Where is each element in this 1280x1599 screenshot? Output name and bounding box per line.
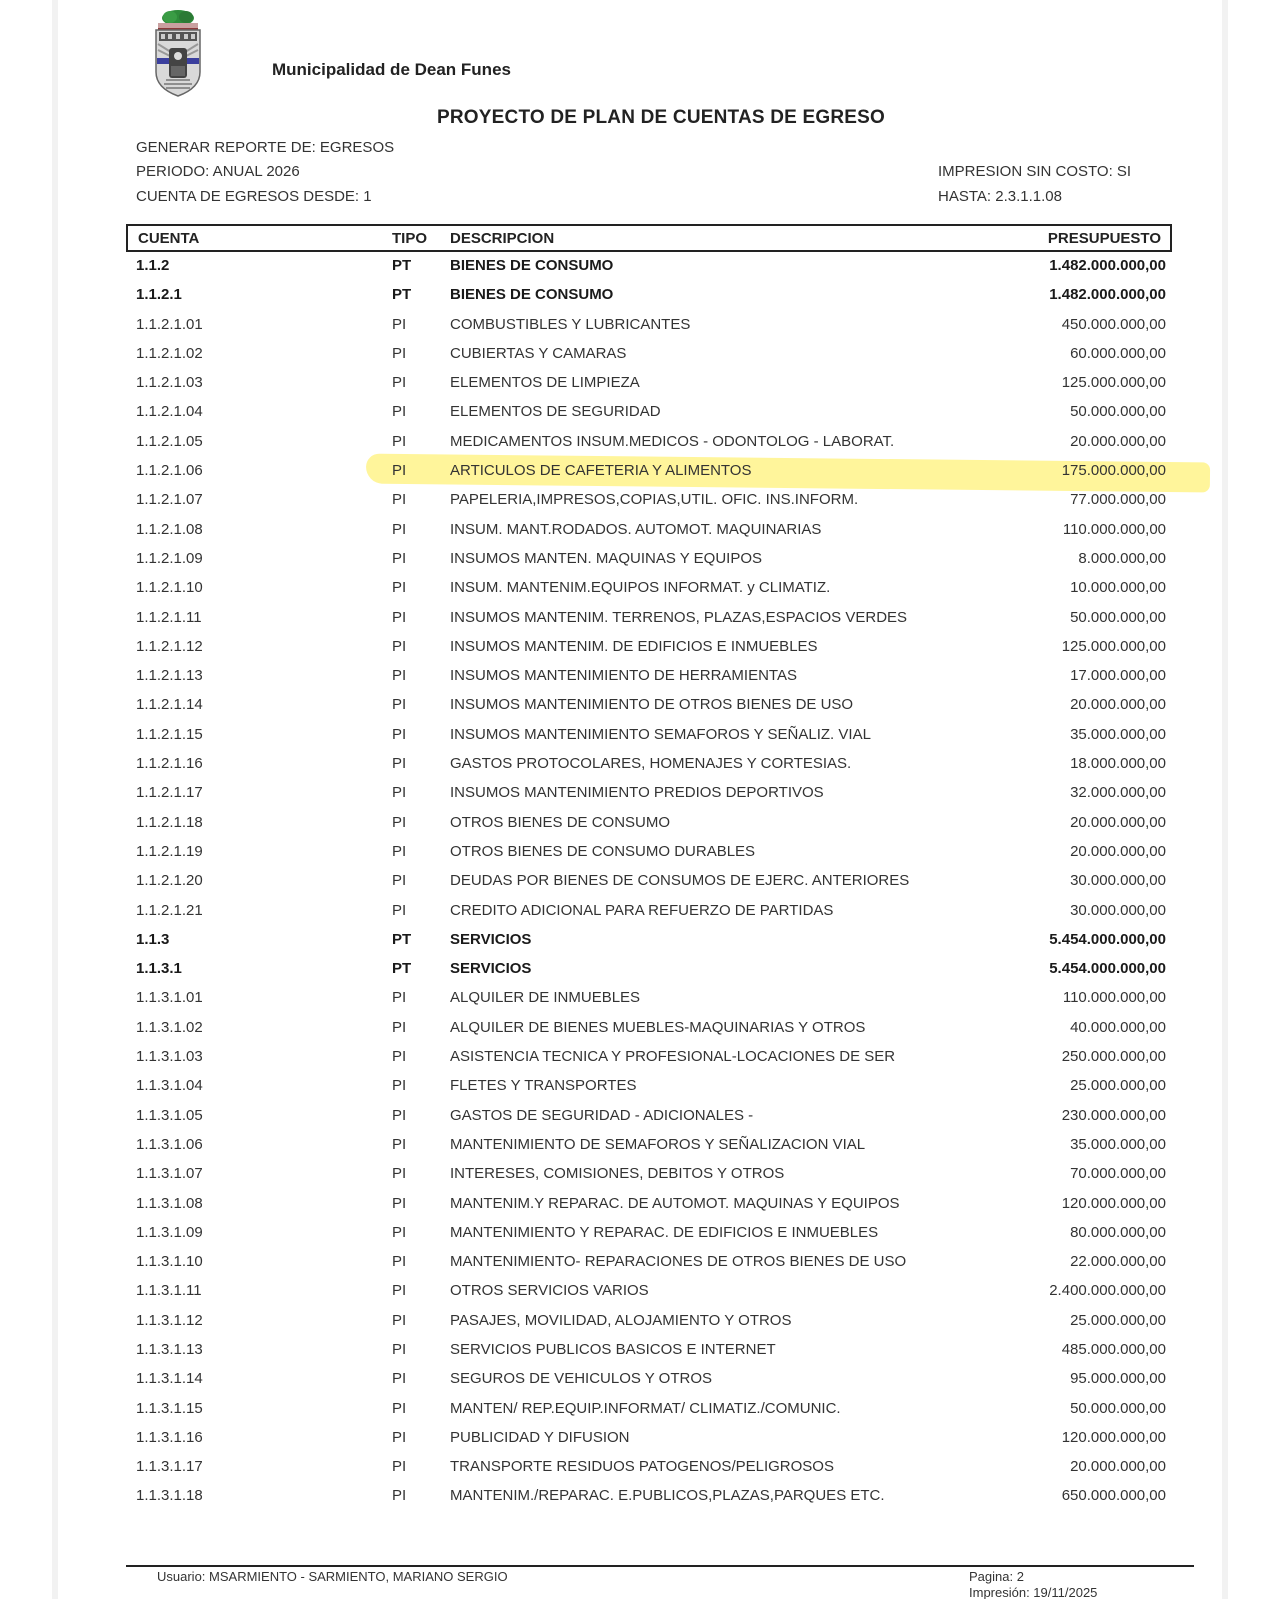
table-header: CUENTA TIPO DESCRIPCION PRESUPUESTO: [126, 224, 1172, 252]
table-row: 1.1.3.1.02PIALQUILER DE BIENES MUEBLES-M…: [136, 1014, 1166, 1043]
cell-descripcion: CUBIERTAS Y CAMARAS: [450, 345, 626, 362]
cell-descripcion: MANTENIMIENTO Y REPARAC. DE EDIFICIOS E …: [450, 1224, 878, 1241]
footer-page-number: Pagina: 2: [969, 1569, 1024, 1584]
cell-tipo: PI: [392, 1224, 406, 1241]
cell-cuenta: 1.1.3.1.03: [136, 1048, 203, 1065]
cell-descripcion: SERVICIOS: [450, 960, 531, 977]
budget-table-body: 1.1.2PTBIENES DE CONSUMO1.482.000.000,00…: [136, 252, 1166, 1512]
cell-presupuesto: 8.000.000,00: [1078, 550, 1166, 567]
cell-tipo: PI: [392, 755, 406, 772]
cell-descripcion: TRANSPORTE RESIDUOS PATOGENOS/PELIGROSOS: [450, 1458, 834, 1475]
cell-descripcion: PUBLICIDAD Y DIFUSION: [450, 1429, 630, 1446]
cell-presupuesto: 10.000.000,00: [1070, 579, 1166, 596]
cell-cuenta: 1.1.2.1.13: [136, 667, 203, 684]
cell-tipo: PI: [392, 784, 406, 801]
cell-descripcion: GASTOS PROTOCOLARES, HOMENAJES Y CORTESI…: [450, 755, 851, 772]
cell-cuenta: 1.1.2.1.10: [136, 579, 203, 596]
cell-presupuesto: 485.000.000,00: [1062, 1341, 1166, 1358]
table-row: 1.1.2.1.12PIINSUMOS MANTENIM. DE EDIFICI…: [136, 633, 1166, 662]
cell-tipo: PI: [392, 1019, 406, 1036]
cell-presupuesto: 50.000.000,00: [1070, 1400, 1166, 1417]
table-row: 1.1.3.1.06PIMANTENIMIENTO DE SEMAFOROS Y…: [136, 1131, 1166, 1160]
cell-tipo: PI: [392, 696, 406, 713]
cell-presupuesto: 125.000.000,00: [1062, 638, 1166, 655]
cell-cuenta: 1.1.2.1.06: [136, 462, 203, 479]
table-row: 1.1.2.1.17PIINSUMOS MANTENIMIENTO PREDIO…: [136, 779, 1166, 808]
cell-tipo: PI: [392, 374, 406, 391]
cell-descripcion: MEDICAMENTOS INSUM.MEDICOS - ODONTOLOG -…: [450, 433, 894, 450]
cell-cuenta: 1.1.2.1.20: [136, 872, 203, 889]
cell-cuenta: 1.1.3.1.07: [136, 1165, 203, 1182]
cell-presupuesto: 50.000.000,00: [1070, 403, 1166, 420]
cell-descripcion: INSUMOS MANTENIMIENTO SEMAFOROS Y SEÑALI…: [450, 726, 871, 743]
cell-cuenta: 1.1.2.1.17: [136, 784, 203, 801]
cell-cuenta: 1.1.3.1.14: [136, 1370, 203, 1387]
cell-cuenta: 1.1.2.1.21: [136, 902, 203, 919]
table-row: 1.1.3.1.09PIMANTENIMIENTO Y REPARAC. DE …: [136, 1219, 1166, 1248]
organization-name: Municipalidad de Dean Funes: [272, 60, 511, 80]
cell-descripcion: INSUMOS MANTENIMIENTO PREDIOS DEPORTIVOS: [450, 784, 824, 801]
cell-presupuesto: 35.000.000,00: [1070, 1136, 1166, 1153]
cell-tipo: PI: [392, 667, 406, 684]
cell-descripcion: ELEMENTOS DE LIMPIEZA: [450, 374, 640, 391]
table-row: 1.1.3.1.15PIMANTEN/ REP.EQUIP.INFORMAT/ …: [136, 1395, 1166, 1424]
cell-cuenta: 1.1.3.1.11: [136, 1282, 202, 1299]
cell-presupuesto: 70.000.000,00: [1070, 1165, 1166, 1182]
cell-presupuesto: 120.000.000,00: [1062, 1429, 1166, 1446]
cell-presupuesto: 110.000.000,00: [1063, 989, 1166, 1006]
cell-cuenta: 1.1.3.1.09: [136, 1224, 203, 1241]
cell-cuenta: 1.1.3.1.16: [136, 1429, 203, 1446]
table-row: 1.1.2.1.04PIELEMENTOS DE SEGURIDAD50.000…: [136, 398, 1166, 427]
cell-tipo: PI: [392, 1253, 406, 1270]
column-header-descripcion: DESCRIPCION: [450, 230, 554, 247]
cell-presupuesto: 25.000.000,00: [1070, 1312, 1166, 1329]
cell-cuenta: 1.1.2.1.08: [136, 521, 203, 538]
table-row: 1.1.2.1.19PIOTROS BIENES DE CONSUMO DURA…: [136, 838, 1166, 867]
cell-cuenta: 1.1.2.1.05: [136, 433, 203, 450]
table-row: 1.1.3.1.16PIPUBLICIDAD Y DIFUSION120.000…: [136, 1424, 1166, 1453]
print-no-cost: IMPRESION SIN COSTO: SI: [938, 163, 1131, 180]
cell-tipo: PI: [392, 1487, 406, 1504]
cell-descripcion: MANTENIMIENTO DE SEMAFOROS Y SEÑALIZACIO…: [450, 1136, 865, 1153]
cell-descripcion: INSUMOS MANTENIMIENTO DE OTROS BIENES DE…: [450, 696, 853, 713]
cell-cuenta: 1.1.3.1: [136, 960, 182, 977]
cell-cuenta: 1.1.3.1.13: [136, 1341, 203, 1358]
cell-cuenta: 1.1.2.1.07: [136, 491, 203, 508]
cell-descripcion: PASAJES, MOVILIDAD, ALOJAMIENTO Y OTROS: [450, 1312, 791, 1329]
cell-presupuesto: 20.000.000,00: [1070, 843, 1166, 860]
cell-presupuesto: 40.000.000,00: [1070, 1019, 1166, 1036]
cell-presupuesto: 650.000.000,00: [1062, 1487, 1166, 1504]
table-row: 1.1.2.1.03PIELEMENTOS DE LIMPIEZA125.000…: [136, 369, 1166, 398]
column-header-tipo: TIPO: [392, 230, 427, 247]
cell-descripcion: MANTENIM./REPARAC. E.PUBLICOS,PLAZAS,PAR…: [450, 1487, 885, 1504]
cell-descripcion: GASTOS DE SEGURIDAD - ADICIONALES -: [450, 1107, 753, 1124]
cell-tipo: PI: [392, 1400, 406, 1417]
table-row: 1.1.3.1.08PIMANTENIM.Y REPARAC. DE AUTOM…: [136, 1190, 1166, 1219]
cell-tipo: PI: [392, 1370, 406, 1387]
cell-cuenta: 1.1.2.1.03: [136, 374, 203, 391]
cell-tipo: PT: [392, 257, 411, 274]
cell-cuenta: 1.1.3.1.17: [136, 1458, 203, 1475]
table-row: 1.1.2.1.10PIINSUM. MANTENIM.EQUIPOS INFO…: [136, 574, 1166, 603]
table-row: 1.1.3.1.18PIMANTENIM./REPARAC. E.PUBLICO…: [136, 1482, 1166, 1511]
cell-tipo: PT: [392, 931, 411, 948]
cell-tipo: PI: [392, 316, 406, 333]
cell-tipo: PI: [392, 1077, 406, 1094]
table-row: 1.1.2.1.11PIINSUMOS MANTENIM. TERRENOS, …: [136, 604, 1166, 633]
cell-tipo: PI: [392, 345, 406, 362]
cell-cuenta: 1.1.2.1.04: [136, 403, 203, 420]
cell-presupuesto: 250.000.000,00: [1062, 1048, 1166, 1065]
table-row: 1.1.2.1.09PIINSUMOS MANTEN. MAQUINAS Y E…: [136, 545, 1166, 574]
report-type: GENERAR REPORTE DE: EGRESOS: [136, 139, 394, 156]
cell-presupuesto: 230.000.000,00: [1062, 1107, 1166, 1124]
table-row: 1.1.2.1.01PICOMBUSTIBLES Y LUBRICANTES45…: [136, 311, 1166, 340]
column-header-cuenta: CUENTA: [138, 230, 199, 247]
cell-cuenta: 1.1.3: [136, 931, 169, 948]
cell-cuenta: 1.1.3.1.18: [136, 1487, 203, 1504]
cell-cuenta: 1.1.2.1.09: [136, 550, 203, 567]
table-row: 1.1.3.1.04PIFLETES Y TRANSPORTES25.000.0…: [136, 1072, 1166, 1101]
cell-descripcion: MANTENIMIENTO- REPARACIONES DE OTROS BIE…: [450, 1253, 906, 1270]
cell-cuenta: 1.1.3.1.15: [136, 1400, 203, 1417]
cell-tipo: PI: [392, 403, 406, 420]
cell-presupuesto: 5.454.000.000,00: [1049, 931, 1166, 948]
cell-descripcion: ALQUILER DE INMUEBLES: [450, 989, 640, 1006]
table-row: 1.1.3.1.05PIGASTOS DE SEGURIDAD - ADICIO…: [136, 1102, 1166, 1131]
cell-tipo: PI: [392, 1107, 406, 1124]
cell-cuenta: 1.1.3.1.06: [136, 1136, 203, 1153]
table-row: 1.1.2.1.18PIOTROS BIENES DE CONSUMO20.00…: [136, 809, 1166, 838]
cell-descripcion: SEGUROS DE VEHICULOS Y OTROS: [450, 1370, 712, 1387]
cell-presupuesto: 22.000.000,00: [1070, 1253, 1166, 1270]
cell-presupuesto: 25.000.000,00: [1070, 1077, 1166, 1094]
cell-tipo: PI: [392, 433, 406, 450]
cell-presupuesto: 32.000.000,00: [1070, 784, 1166, 801]
cell-presupuesto: 20.000.000,00: [1070, 814, 1166, 831]
cell-descripcion: INSUMOS MANTEN. MAQUINAS Y EQUIPOS: [450, 550, 762, 567]
cell-tipo: PT: [392, 286, 411, 303]
table-row: 1.1.3.1.01PIALQUILER DE INMUEBLES110.000…: [136, 984, 1166, 1013]
cell-descripcion: INSUM. MANTENIM.EQUIPOS INFORMAT. y CLIM…: [450, 579, 830, 596]
cell-descripcion: SERVICIOS PUBLICOS BASICOS E INTERNET: [450, 1341, 776, 1358]
cell-presupuesto: 17.000.000,00: [1070, 667, 1166, 684]
cell-presupuesto: 20.000.000,00: [1070, 696, 1166, 713]
cell-cuenta: 1.1.2.1.01: [136, 316, 203, 333]
table-row: 1.1.3.1.07PIINTERESES, COMISIONES, DEBIT…: [136, 1160, 1166, 1189]
cell-tipo: PI: [392, 726, 406, 743]
table-row: 1.1.2.1.13PIINSUMOS MANTENIMIENTO DE HER…: [136, 662, 1166, 691]
table-row: 1.1.2.1.07PIPAPELERIA,IMPRESOS,COPIAS,UT…: [136, 486, 1166, 515]
cell-presupuesto: 50.000.000,00: [1070, 609, 1166, 626]
cell-tipo: PI: [392, 1048, 406, 1065]
cell-presupuesto: 1.482.000.000,00: [1049, 286, 1166, 303]
cell-cuenta: 1.1.2.1.12: [136, 638, 203, 655]
table-row: 1.1.2.1.15PIINSUMOS MANTENIMIENTO SEMAFO…: [136, 721, 1166, 750]
cell-descripcion: FLETES Y TRANSPORTES: [450, 1077, 636, 1094]
account-range-to: HASTA: 2.3.1.1.08: [938, 188, 1062, 205]
table-row: 1.1.2PTBIENES DE CONSUMO1.482.000.000,00: [136, 252, 1166, 281]
footer-print-date: Impresión: 19/11/2025: [969, 1585, 1097, 1599]
table-row: 1.1.3.1.13PISERVICIOS PUBLICOS BASICOS E…: [136, 1336, 1166, 1365]
cell-tipo: PI: [392, 462, 406, 479]
report-period: PERIODO: ANUAL 2026: [136, 163, 300, 180]
cell-tipo: PI: [392, 843, 406, 860]
table-row: 1.1.2.1.16PIGASTOS PROTOCOLARES, HOMENAJ…: [136, 750, 1166, 779]
table-row: 1.1.2.1.05PIMEDICAMENTOS INSUM.MEDICOS -…: [136, 428, 1166, 457]
cell-tipo: PI: [392, 902, 406, 919]
cell-descripcion: MANTENIM.Y REPARAC. DE AUTOMOT. MAQUINAS…: [450, 1195, 900, 1212]
cell-descripcion: ASISTENCIA TECNICA Y PROFESIONAL-LOCACIO…: [450, 1048, 895, 1065]
cell-cuenta: 1.1.3.1.08: [136, 1195, 203, 1212]
cell-descripcion: OTROS BIENES DE CONSUMO DURABLES: [450, 843, 755, 860]
page-edge-left: [52, 0, 58, 1599]
cell-descripcion: ARTICULOS DE CAFETERIA Y ALIMENTOS: [450, 462, 751, 479]
table-row: 1.1.3.1.10PIMANTENIMIENTO- REPARACIONES …: [136, 1248, 1166, 1277]
municipal-coat-of-arms-icon: [152, 8, 204, 98]
cell-presupuesto: 60.000.000,00: [1070, 345, 1166, 362]
cell-tipo: PI: [392, 1282, 406, 1299]
table-row: 1.1.3PTSERVICIOS5.454.000.000,00: [136, 926, 1166, 955]
cell-presupuesto: 175.000.000,00: [1062, 462, 1166, 479]
cell-presupuesto: 20.000.000,00: [1070, 1458, 1166, 1475]
table-row: 1.1.2.1.20PIDEUDAS POR BIENES DE CONSUMO…: [136, 867, 1166, 896]
table-row: 1.1.3.1.17PITRANSPORTE RESIDUOS PATOGENO…: [136, 1453, 1166, 1482]
page-edge-right: [1222, 0, 1228, 1599]
table-row: 1.1.3.1.14PISEGUROS DE VEHICULOS Y OTROS…: [136, 1365, 1166, 1394]
cell-tipo: PI: [392, 550, 406, 567]
cell-tipo: PI: [392, 579, 406, 596]
cell-cuenta: 1.1.2.1.15: [136, 726, 203, 743]
cell-descripcion: BIENES DE CONSUMO: [450, 257, 613, 274]
cell-cuenta: 1.1.2.1.16: [136, 755, 203, 772]
cell-presupuesto: 1.482.000.000,00: [1049, 257, 1166, 274]
cell-descripcion: INTERESES, COMISIONES, DEBITOS Y OTROS: [450, 1165, 784, 1182]
table-row: 1.1.3.1.11PIOTROS SERVICIOS VARIOS2.400.…: [136, 1277, 1166, 1306]
cell-cuenta: 1.1.3.1.12: [136, 1312, 203, 1329]
cell-tipo: PI: [392, 814, 406, 831]
cell-descripcion: ELEMENTOS DE SEGURIDAD: [450, 403, 661, 420]
cell-cuenta: 1.1.2.1.19: [136, 843, 203, 860]
table-row: 1.1.2.1.02PICUBIERTAS Y CAMARAS60.000.00…: [136, 340, 1166, 369]
cell-tipo: PI: [392, 1312, 406, 1329]
cell-presupuesto: 120.000.000,00: [1062, 1195, 1166, 1212]
cell-descripcion: INSUM. MANT.RODADOS. AUTOMOT. MAQUINARIA…: [450, 521, 821, 538]
table-row: 1.1.2.1.08PIINSUM. MANT.RODADOS. AUTOMOT…: [136, 516, 1166, 545]
cell-presupuesto: 5.454.000.000,00: [1049, 960, 1166, 977]
account-range-from: CUENTA DE EGRESOS DESDE: 1: [136, 188, 372, 205]
cell-presupuesto: 35.000.000,00: [1070, 726, 1166, 743]
table-row: 1.1.3.1.12PIPASAJES, MOVILIDAD, ALOJAMIE…: [136, 1307, 1166, 1336]
cell-presupuesto: 450.000.000,00: [1062, 316, 1166, 333]
cell-cuenta: 1.1.2.1.11: [136, 609, 202, 626]
cell-cuenta: 1.1.2: [136, 257, 169, 274]
cell-tipo: PI: [392, 1136, 406, 1153]
cell-tipo: PI: [392, 989, 406, 1006]
cell-tipo: PI: [392, 1341, 406, 1358]
cell-presupuesto: 30.000.000,00: [1070, 872, 1166, 889]
cell-descripcion: COMBUSTIBLES Y LUBRICANTES: [450, 316, 690, 333]
cell-cuenta: 1.1.2.1.02: [136, 345, 203, 362]
cell-descripcion: OTROS BIENES DE CONSUMO: [450, 814, 670, 831]
cell-tipo: PT: [392, 960, 411, 977]
cell-descripcion: BIENES DE CONSUMO: [450, 286, 613, 303]
table-row: 1.1.2.1.21PICREDITO ADICIONAL PARA REFUE…: [136, 897, 1166, 926]
cell-tipo: PI: [392, 521, 406, 538]
footer-user: Usuario: MSARMIENTO - SARMIENTO, MARIANO…: [157, 1569, 508, 1584]
cell-presupuesto: 77.000.000,00: [1070, 491, 1166, 508]
cell-descripcion: INSUMOS MANTENIMIENTO DE HERRAMIENTAS: [450, 667, 797, 684]
cell-tipo: PI: [392, 491, 406, 508]
cell-cuenta: 1.1.2.1: [136, 286, 182, 303]
column-header-presupuesto: PRESUPUESTO: [1048, 230, 1161, 247]
cell-descripcion: INSUMOS MANTENIM. DE EDIFICIOS E INMUEBL…: [450, 638, 818, 655]
cell-descripcion: MANTEN/ REP.EQUIP.INFORMAT/ CLIMATIZ./CO…: [450, 1400, 841, 1417]
footer-divider: [126, 1565, 1194, 1567]
cell-descripcion: INSUMOS MANTENIM. TERRENOS, PLAZAS,ESPAC…: [450, 609, 907, 626]
table-row-highlighted: 1.1.2.1.06PIARTICULOS DE CAFETERIA Y ALI…: [136, 457, 1166, 486]
cell-tipo: PI: [392, 609, 406, 626]
cell-tipo: PI: [392, 638, 406, 655]
cell-cuenta: 1.1.3.1.01: [136, 989, 203, 1006]
cell-presupuesto: 80.000.000,00: [1070, 1224, 1166, 1241]
cell-tipo: PI: [392, 1195, 406, 1212]
table-row: 1.1.2.1.14PIINSUMOS MANTENIMIENTO DE OTR…: [136, 691, 1166, 720]
cell-descripcion: PAPELERIA,IMPRESOS,COPIAS,UTIL. OFIC. IN…: [450, 491, 858, 508]
cell-cuenta: 1.1.2.1.18: [136, 814, 203, 831]
report-title: PROYECTO DE PLAN DE CUENTAS DE EGRESO: [0, 107, 1280, 129]
cell-presupuesto: 20.000.000,00: [1070, 433, 1166, 450]
cell-descripcion: CREDITO ADICIONAL PARA REFUERZO DE PARTI…: [450, 902, 833, 919]
cell-tipo: PI: [392, 1429, 406, 1446]
cell-presupuesto: 30.000.000,00: [1070, 902, 1166, 919]
cell-cuenta: 1.1.3.1.02: [136, 1019, 203, 1036]
cell-presupuesto: 18.000.000,00: [1070, 755, 1166, 772]
table-row: 1.1.2.1PTBIENES DE CONSUMO1.482.000.000,…: [136, 281, 1166, 310]
cell-cuenta: 1.1.3.1.10: [136, 1253, 203, 1270]
cell-cuenta: 1.1.3.1.05: [136, 1107, 203, 1124]
cell-presupuesto: 125.000.000,00: [1062, 374, 1166, 391]
cell-tipo: PI: [392, 1458, 406, 1475]
cell-descripcion: OTROS SERVICIOS VARIOS: [450, 1282, 649, 1299]
cell-descripcion: ALQUILER DE BIENES MUEBLES-MAQUINARIAS Y…: [450, 1019, 865, 1036]
cell-presupuesto: 95.000.000,00: [1070, 1370, 1166, 1387]
cell-cuenta: 1.1.3.1.04: [136, 1077, 203, 1094]
cell-presupuesto: 110.000.000,00: [1063, 521, 1166, 538]
cell-cuenta: 1.1.2.1.14: [136, 696, 203, 713]
cell-tipo: PI: [392, 872, 406, 889]
table-row: 1.1.3.1PTSERVICIOS5.454.000.000,00: [136, 955, 1166, 984]
cell-presupuesto: 2.400.000.000,00: [1049, 1282, 1166, 1299]
cell-descripcion: DEUDAS POR BIENES DE CONSUMOS DE EJERC. …: [450, 872, 909, 889]
table-row: 1.1.3.1.03PIASISTENCIA TECNICA Y PROFESI…: [136, 1043, 1166, 1072]
cell-tipo: PI: [392, 1165, 406, 1182]
cell-descripcion: SERVICIOS: [450, 931, 531, 948]
